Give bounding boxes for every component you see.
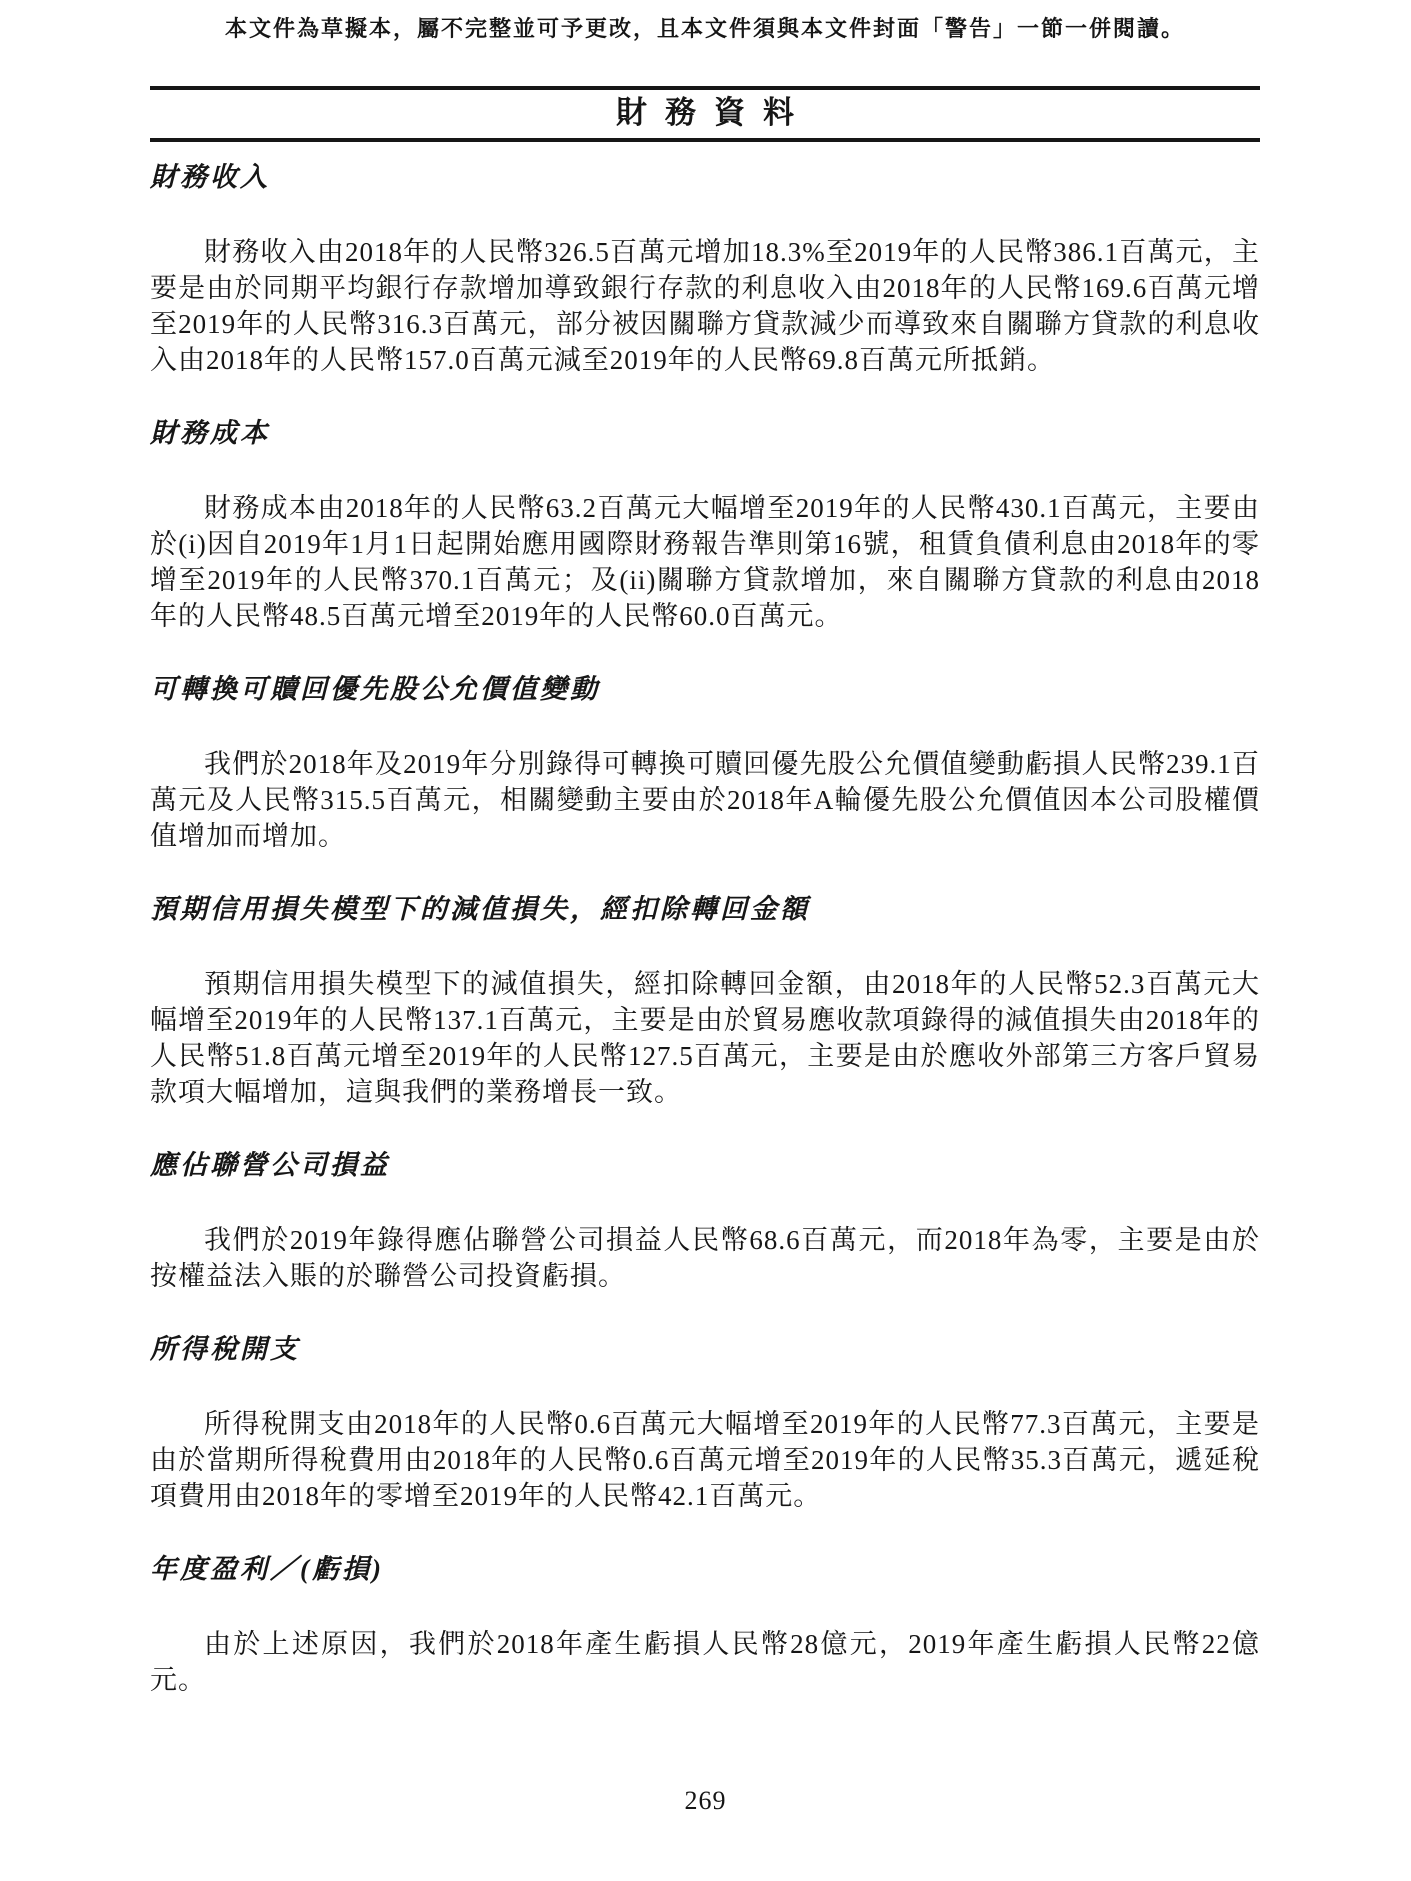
page-number: 269 bbox=[0, 1786, 1411, 1816]
section-heading: 財務成本 bbox=[150, 416, 1260, 450]
section-paragraph: 我們於2019年錄得應佔聯營公司損益人民幣68.6百萬元，而2018年為零，主要… bbox=[150, 1222, 1260, 1294]
section-paragraph: 我們於2018年及2019年分別錄得可轉換可贖回優先股公允價值變動虧損人民幣23… bbox=[150, 746, 1260, 854]
section-heading: 應佔聯營公司損益 bbox=[150, 1148, 1260, 1182]
section-share-of-associates: 應佔聯營公司損益 我們於2019年錄得應佔聯營公司損益人民幣68.6百萬元，而2… bbox=[150, 1148, 1260, 1294]
section-paragraph: 預期信用損失模型下的減值損失，經扣除轉回金額，由2018年的人民幣52.3百萬元… bbox=[150, 966, 1260, 1110]
section-ecl-impairment: 預期信用損失模型下的減值損失，經扣除轉回金額 預期信用損失模型下的減值損失，經扣… bbox=[150, 892, 1260, 1110]
section-year-profit-loss: 年度盈利／(虧損) 由於上述原因，我們於2018年產生虧損人民幣28億元，201… bbox=[150, 1552, 1260, 1698]
section-heading: 預期信用損失模型下的減值損失，經扣除轉回金額 bbox=[150, 892, 1260, 926]
section-finance-costs: 財務成本 財務成本由2018年的人民幣63.2百萬元大幅增至2019年的人民幣4… bbox=[150, 416, 1260, 634]
section-income-tax-expense: 所得稅開支 所得稅開支由2018年的人民幣0.6百萬元大幅增至2019年的人民幣… bbox=[150, 1332, 1260, 1514]
page-title: 財務資料 bbox=[598, 95, 812, 131]
section-paragraph: 由於上述原因，我們於2018年產生虧損人民幣28億元，2019年產生虧損人民幣2… bbox=[150, 1626, 1260, 1698]
section-heading: 可轉換可贖回優先股公允價值變動 bbox=[150, 672, 1260, 706]
section-heading: 年度盈利／(虧損) bbox=[150, 1552, 1260, 1586]
section-paragraph: 財務成本由2018年的人民幣63.2百萬元大幅增至2019年的人民幣430.1百… bbox=[150, 490, 1260, 634]
section-financial-income: 財務收入 財務收入由2018年的人民幣326.5百萬元增加18.3%至2019年… bbox=[150, 160, 1260, 378]
section-heading: 財務收入 bbox=[150, 160, 1260, 194]
document-page: 本文件為草擬本，屬不完整並可予更改，且本文件須與本文件封面「警告」一節一併閱讀。… bbox=[0, 0, 1411, 1881]
section-cps-fair-value-change: 可轉換可贖回優先股公允價值變動 我們於2018年及2019年分別錄得可轉換可贖回… bbox=[150, 672, 1260, 854]
draft-disclaimer: 本文件為草擬本，屬不完整並可予更改，且本文件須與本文件封面「警告」一節一併閱讀。 bbox=[150, 14, 1260, 44]
page-title-band: 財務資料 bbox=[150, 86, 1260, 142]
section-paragraph: 財務收入由2018年的人民幣326.5百萬元增加18.3%至2019年的人民幣3… bbox=[150, 234, 1260, 378]
section-paragraph: 所得稅開支由2018年的人民幣0.6百萬元大幅增至2019年的人民幣77.3百萬… bbox=[150, 1406, 1260, 1514]
section-heading: 所得稅開支 bbox=[150, 1332, 1260, 1366]
